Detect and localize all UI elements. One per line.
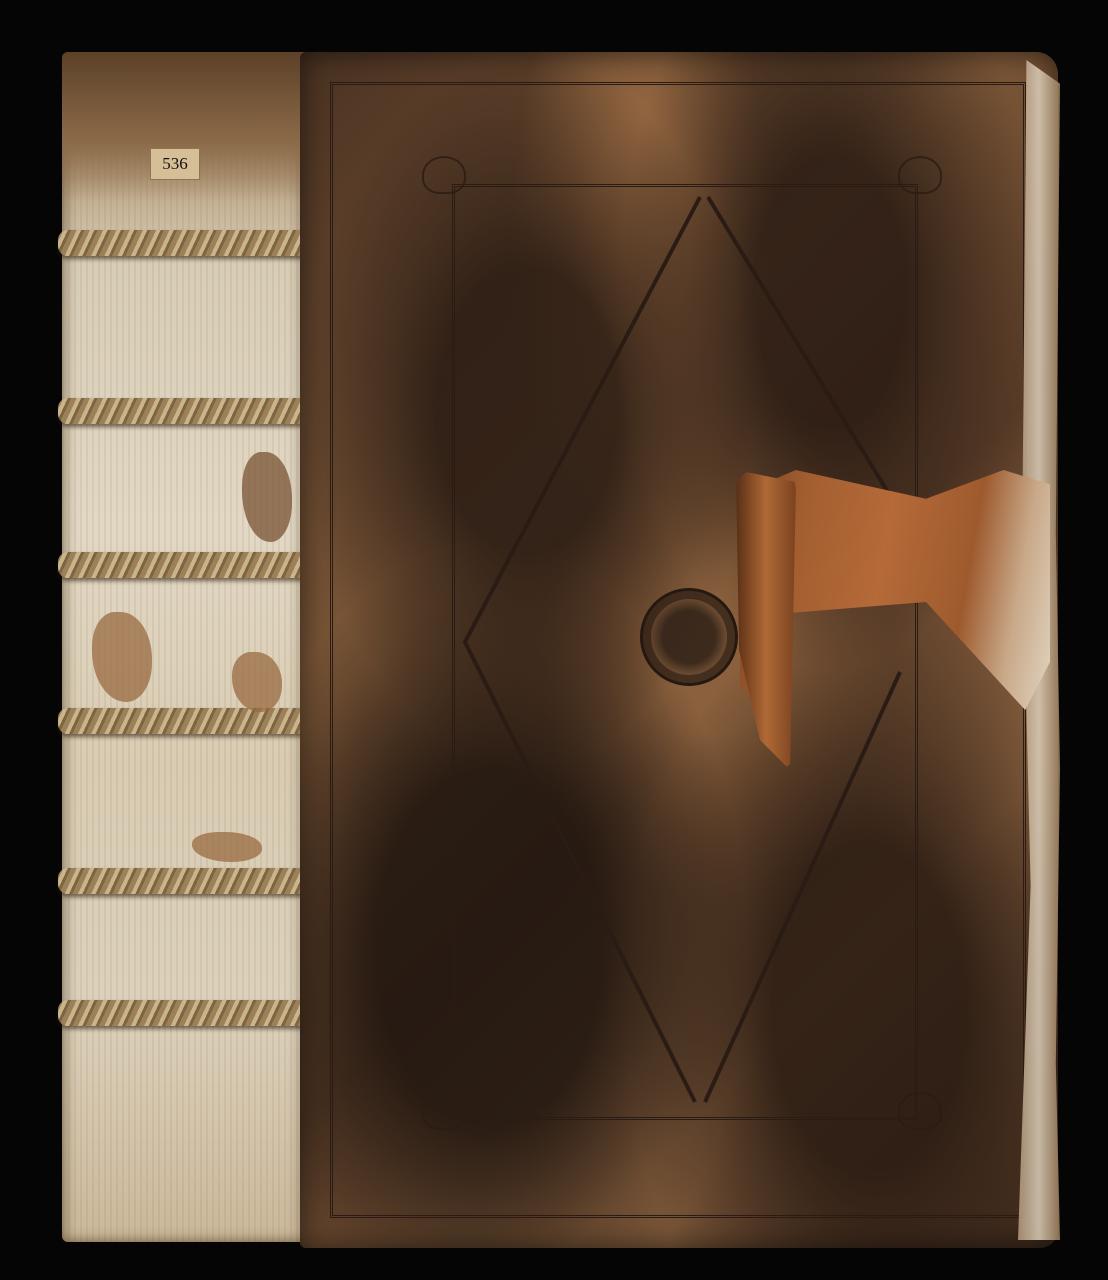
spine-stain [92,612,152,702]
shelf-number-label: 536 [150,148,200,180]
book-photograph: 536 [0,0,1108,1280]
spine-raised-band [58,1000,314,1026]
book-spine: 536 [62,52,310,1242]
corner-ornament [898,156,942,194]
spine-raised-band [58,398,314,424]
corner-ornament [898,1092,942,1130]
spine-raised-band [58,552,314,578]
spine-raised-band [58,708,314,734]
spine-raised-band [58,230,314,256]
spine-stain [232,652,282,712]
spine-stain [192,832,262,862]
spine-stain [242,452,292,542]
spine-raised-band [58,868,314,894]
corner-ornament [422,156,466,194]
central-medallion-stamp [640,588,738,686]
corner-ornament [422,1092,466,1130]
